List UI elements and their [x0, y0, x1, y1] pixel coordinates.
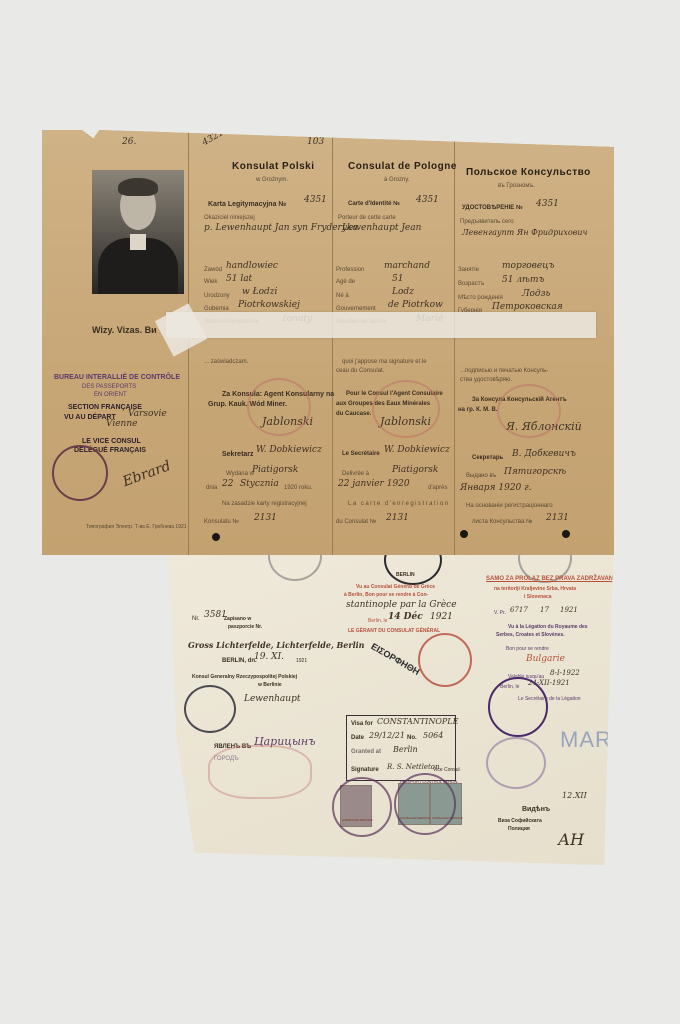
column-divider: [454, 130, 455, 555]
corner-number: 4321: [201, 129, 225, 148]
corner-number: 26.: [122, 138, 136, 147]
punch-hole: [460, 530, 468, 538]
red-oval-stamp: [208, 745, 312, 799]
greek-red-seal: [418, 633, 472, 687]
serbian-legation-seal: [488, 677, 548, 737]
consulate-red-seal: [372, 380, 440, 438]
upper-document-sheet: 26. 4321 103 Wizy. Vizas. Ви BUREAU INTE…: [42, 130, 614, 555]
paris-stamp: MARIS: [560, 735, 635, 744]
column-divider: [332, 130, 333, 555]
purple-seal: [486, 737, 546, 789]
punch-hole: [212, 533, 220, 541]
polish-title: Konsulat Polski: [232, 162, 315, 171]
french-title: Consulat de Pologne: [348, 162, 457, 171]
consulate-red-seal: [497, 384, 561, 438]
punch-hole: [562, 530, 570, 538]
corner-number: 103: [307, 138, 324, 147]
russian-title: Польское Консульство: [466, 168, 591, 177]
visa-label: Wizy. Vizas. Ви: [92, 326, 157, 335]
constantinople-visa-box: Visa for CONSTANTINOPLE Date 29/12/21 No…: [346, 715, 456, 781]
passport-round-stamp: [52, 445, 108, 501]
printer-line: Типография Электр. Т-ва Е. Гребнева 1921: [86, 523, 187, 532]
passport-control-seal: [332, 777, 392, 837]
repair-tape: [166, 312, 596, 338]
polish-eagle-seal: [184, 685, 236, 733]
consulate-red-seal: [247, 378, 311, 436]
portrait-photo: [92, 170, 184, 294]
lower-visa-sheet: BERLIN Nr. 3581 Zapisano w paszporcie Nr…: [168, 555, 613, 865]
greek-stamp: ΕΙΣΟΡΦΗΘΗ: [369, 642, 421, 677]
